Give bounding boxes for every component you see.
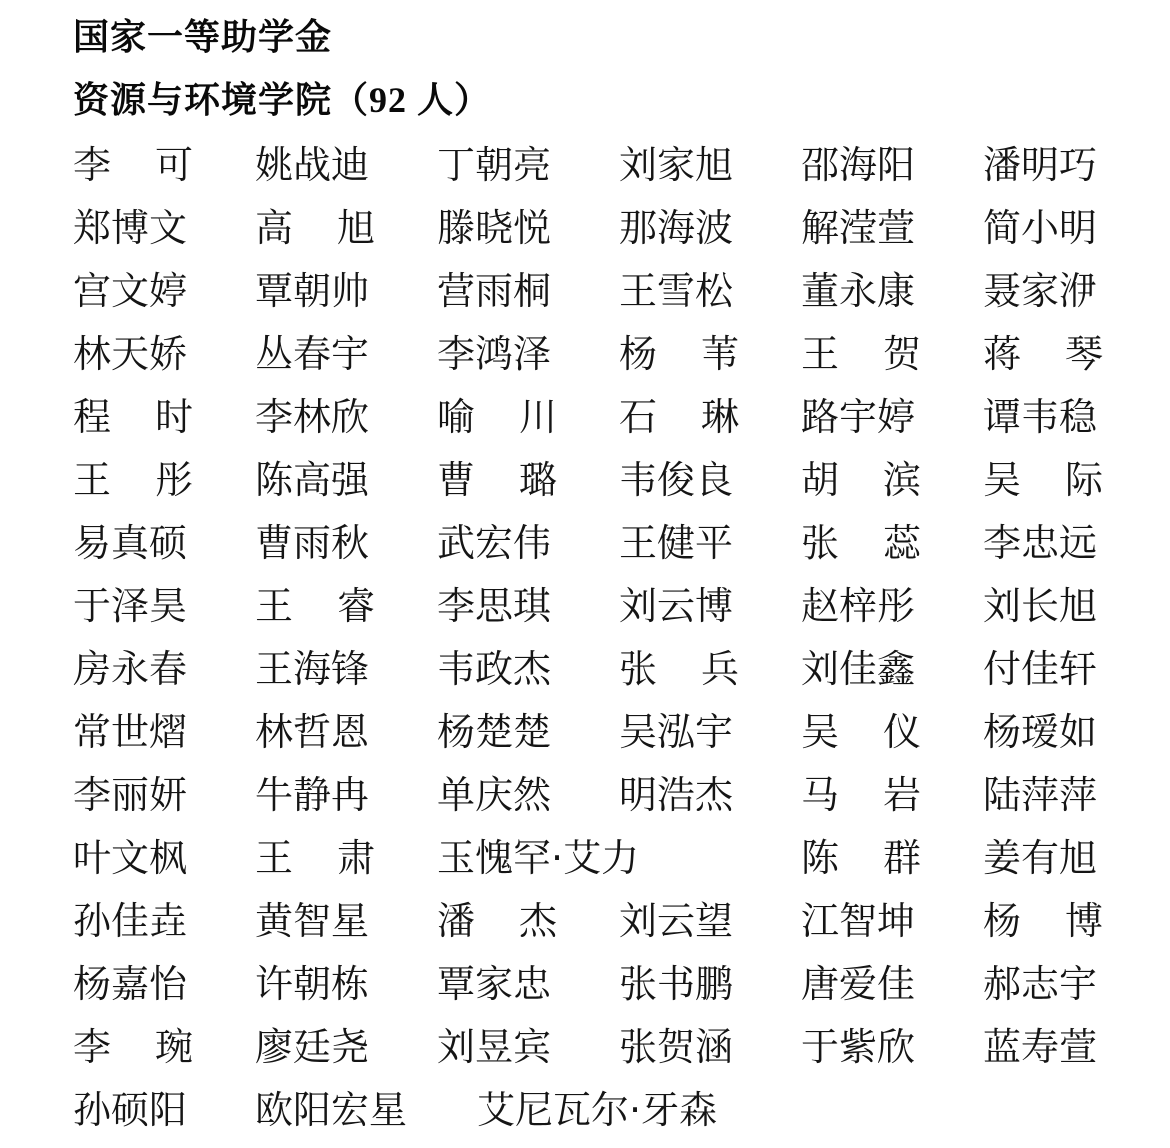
recipient-name: 陆萍萍 <box>983 773 1165 817</box>
recipient-name: 武宏伟 <box>437 521 619 565</box>
recipient-name: 韦俊良 <box>619 458 801 502</box>
recipient-name: 曹璐 <box>437 458 557 502</box>
recipient-name: 滕晓悦 <box>437 206 619 250</box>
recipient-name: 杨博 <box>983 899 1103 943</box>
recipient-name: 欧阳宏星 <box>255 1088 437 1132</box>
recipient-name: 潘杰 <box>437 899 557 943</box>
recipient-name: 陈群 <box>801 836 921 880</box>
recipient-name: 常世熠 <box>73 710 255 754</box>
recipient-name: 叶文枫 <box>73 836 255 880</box>
recipient-name: 胡滨 <box>801 458 921 502</box>
recipient-name: 赵梓彤 <box>801 584 983 628</box>
recipient-name: 吴际 <box>983 458 1103 502</box>
recipient-name: 李琬 <box>73 1025 193 1069</box>
recipient-name: 解滢萱 <box>801 206 983 250</box>
recipient-name: 营雨桐 <box>437 269 619 313</box>
recipient-name: 刘昱宾 <box>437 1025 619 1069</box>
recipient-name: 刘家旭 <box>619 143 801 187</box>
recipient-name: 刘长旭 <box>983 584 1165 628</box>
recipient-name: 黄智星 <box>255 899 437 943</box>
recipient-name: 杨瑷如 <box>983 710 1165 754</box>
recipient-name: 谭韦稳 <box>983 395 1165 439</box>
recipient-name: 于紫欣 <box>801 1025 983 1069</box>
recipient-name: 姚战迪 <box>255 143 437 187</box>
recipient-name: 房永春 <box>73 647 255 691</box>
recipient-count: （92 人） <box>332 80 491 120</box>
recipient-name: 许朝栋 <box>255 962 437 1006</box>
award-title: 国家一等助学金 <box>73 20 332 56</box>
recipient-name: 丁朝亮 <box>437 143 619 187</box>
recipient-name: 李丽妍 <box>73 773 255 817</box>
recipient-name: 程时 <box>73 395 193 439</box>
college-name: 资源与环境学院 <box>73 80 332 121</box>
recipient-name: 李可 <box>73 143 193 187</box>
recipient-name: 刘云望 <box>619 899 801 943</box>
recipient-name: 林哲恩 <box>255 710 437 754</box>
recipient-name: 杨楚楚 <box>437 710 619 754</box>
recipient-name: 李思琪 <box>437 584 619 628</box>
recipient-name: 郑博文 <box>73 206 255 250</box>
recipient-name: 王肃 <box>255 836 375 880</box>
recipient-name: 李鸿泽 <box>437 332 619 376</box>
recipient-name: 聂家洢 <box>983 269 1165 313</box>
recipient-name: 于泽昊 <box>73 584 255 628</box>
recipient-name: 王雪松 <box>619 269 801 313</box>
recipient-name: 王贺 <box>801 332 921 376</box>
recipient-name: 明浩杰 <box>619 773 801 817</box>
recipient-name: 孙佳垚 <box>73 899 255 943</box>
recipient-name: 邵海阳 <box>801 143 983 187</box>
recipient-name: 易真硕 <box>73 521 255 565</box>
recipient-name-grid: 李可姚战迪丁朝亮刘家旭邵海阳潘明巧郑博文高旭滕晓悦那海波解滢萱简小明宫文婷覃朝帅… <box>73 143 1170 1148</box>
recipient-name: 牛静冉 <box>255 773 437 817</box>
recipient-name: 孙硕阳 <box>73 1088 255 1132</box>
recipient-name: 艾尼瓦尔·牙森 <box>437 1088 801 1132</box>
recipient-name: 玉愧罕·艾力 <box>437 836 801 880</box>
recipient-name: 覃朝帅 <box>255 269 437 313</box>
recipient-name: 喻川 <box>437 395 557 439</box>
recipient-name: 陈高强 <box>255 458 437 502</box>
recipient-name: 王彤 <box>73 458 193 502</box>
recipient-name: 张书鹏 <box>619 962 801 1006</box>
recipient-name: 王海锋 <box>255 647 437 691</box>
recipient-name: 董永康 <box>801 269 983 313</box>
recipient-name: 唐爱佳 <box>801 962 983 1006</box>
recipient-name: 马岩 <box>801 773 921 817</box>
recipient-name: 那海波 <box>619 206 801 250</box>
recipient-name: 宫文婷 <box>73 269 255 313</box>
recipient-name: 曹雨秋 <box>255 521 437 565</box>
recipient-name: 丛春宇 <box>255 332 437 376</box>
recipient-name: 林天娇 <box>73 332 255 376</box>
recipient-name: 王健平 <box>619 521 801 565</box>
recipient-name: 蓝寿萱 <box>983 1025 1165 1069</box>
recipient-name: 张兵 <box>619 647 739 691</box>
recipient-name: 廖廷尧 <box>255 1025 437 1069</box>
recipient-name: 韦政杰 <box>437 647 619 691</box>
recipient-name: 吴泓宇 <box>619 710 801 754</box>
recipient-name: 蒋琴 <box>983 332 1103 376</box>
recipient-name: 覃家忠 <box>437 962 619 1006</box>
recipient-name: 张贺涵 <box>619 1025 801 1069</box>
recipient-name: 江智坤 <box>801 899 983 943</box>
recipient-name: 杨苇 <box>619 332 739 376</box>
recipient-name: 刘云博 <box>619 584 801 628</box>
recipient-name: 付佳轩 <box>983 647 1165 691</box>
recipient-name: 姜有旭 <box>983 836 1165 880</box>
recipient-name: 刘佳鑫 <box>801 647 983 691</box>
recipient-name: 吴仪 <box>801 710 921 754</box>
recipient-name: 郝志宇 <box>983 962 1165 1006</box>
recipient-name: 单庆然 <box>437 773 619 817</box>
recipient-name: 张蕊 <box>801 521 921 565</box>
recipient-name: 路宇婷 <box>801 395 983 439</box>
recipient-name: 潘明巧 <box>983 143 1165 187</box>
recipient-name: 李忠远 <box>983 521 1165 565</box>
recipient-name: 王睿 <box>255 584 375 628</box>
recipient-name: 李林欣 <box>255 395 437 439</box>
recipient-name: 杨嘉怡 <box>73 962 255 1006</box>
college-heading: 资源与环境学院（92 人） <box>73 82 491 119</box>
recipient-name: 石琳 <box>619 395 739 439</box>
recipient-name: 高旭 <box>255 206 375 250</box>
recipient-name: 简小明 <box>983 206 1165 250</box>
